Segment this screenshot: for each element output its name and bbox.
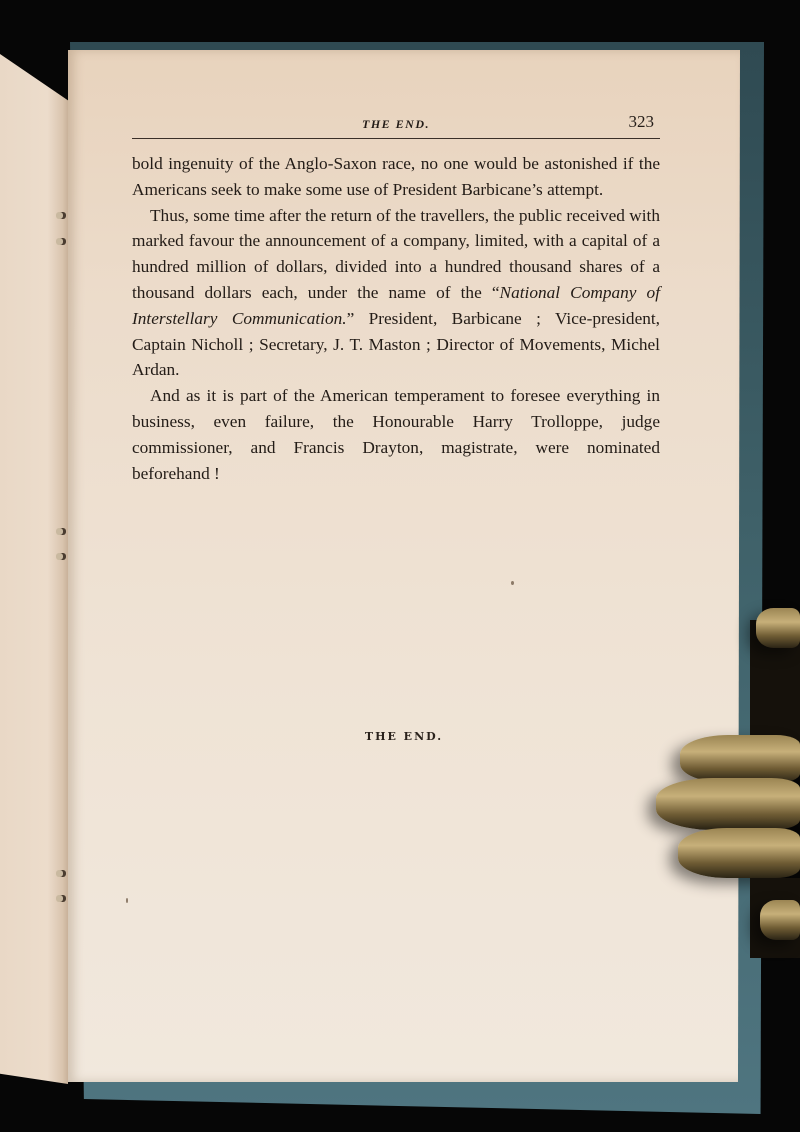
- paragraph: bold ingenuity of the Anglo-Saxon race, …: [132, 151, 660, 203]
- binding-stitch: [56, 528, 66, 535]
- paragraph: And as it is part of the American temper…: [132, 383, 660, 486]
- paper-speck: [511, 581, 514, 585]
- binding-stitch: [56, 212, 66, 219]
- left-page-edge: [0, 54, 68, 1084]
- text-segment: bold ingenuity of the Anglo-Saxon race, …: [132, 154, 660, 199]
- brass-bookmark-clip: [650, 600, 800, 960]
- binding-stitch: [56, 238, 66, 245]
- running-head: THE END. 323: [132, 112, 660, 139]
- paragraph: Thus, some time after the return of the …: [132, 203, 660, 384]
- binding-stitch: [56, 870, 66, 877]
- book-photo: THE END. 323 bold ingenuity of the Anglo…: [0, 0, 800, 1132]
- closing-mark: THE END.: [68, 730, 740, 743]
- binding-stitch: [56, 895, 66, 902]
- running-head-title: THE END.: [132, 117, 660, 132]
- body-text: bold ingenuity of the Anglo-Saxon race, …: [132, 151, 660, 486]
- paper-speck: [126, 898, 128, 903]
- page-content: THE END. 323 bold ingenuity of the Anglo…: [132, 112, 660, 486]
- text-segment: And as it is part of the American temper…: [132, 386, 660, 482]
- book-page: THE END. 323 bold ingenuity of the Anglo…: [68, 50, 740, 1082]
- page-number: 323: [629, 112, 655, 132]
- binding-stitch: [56, 553, 66, 560]
